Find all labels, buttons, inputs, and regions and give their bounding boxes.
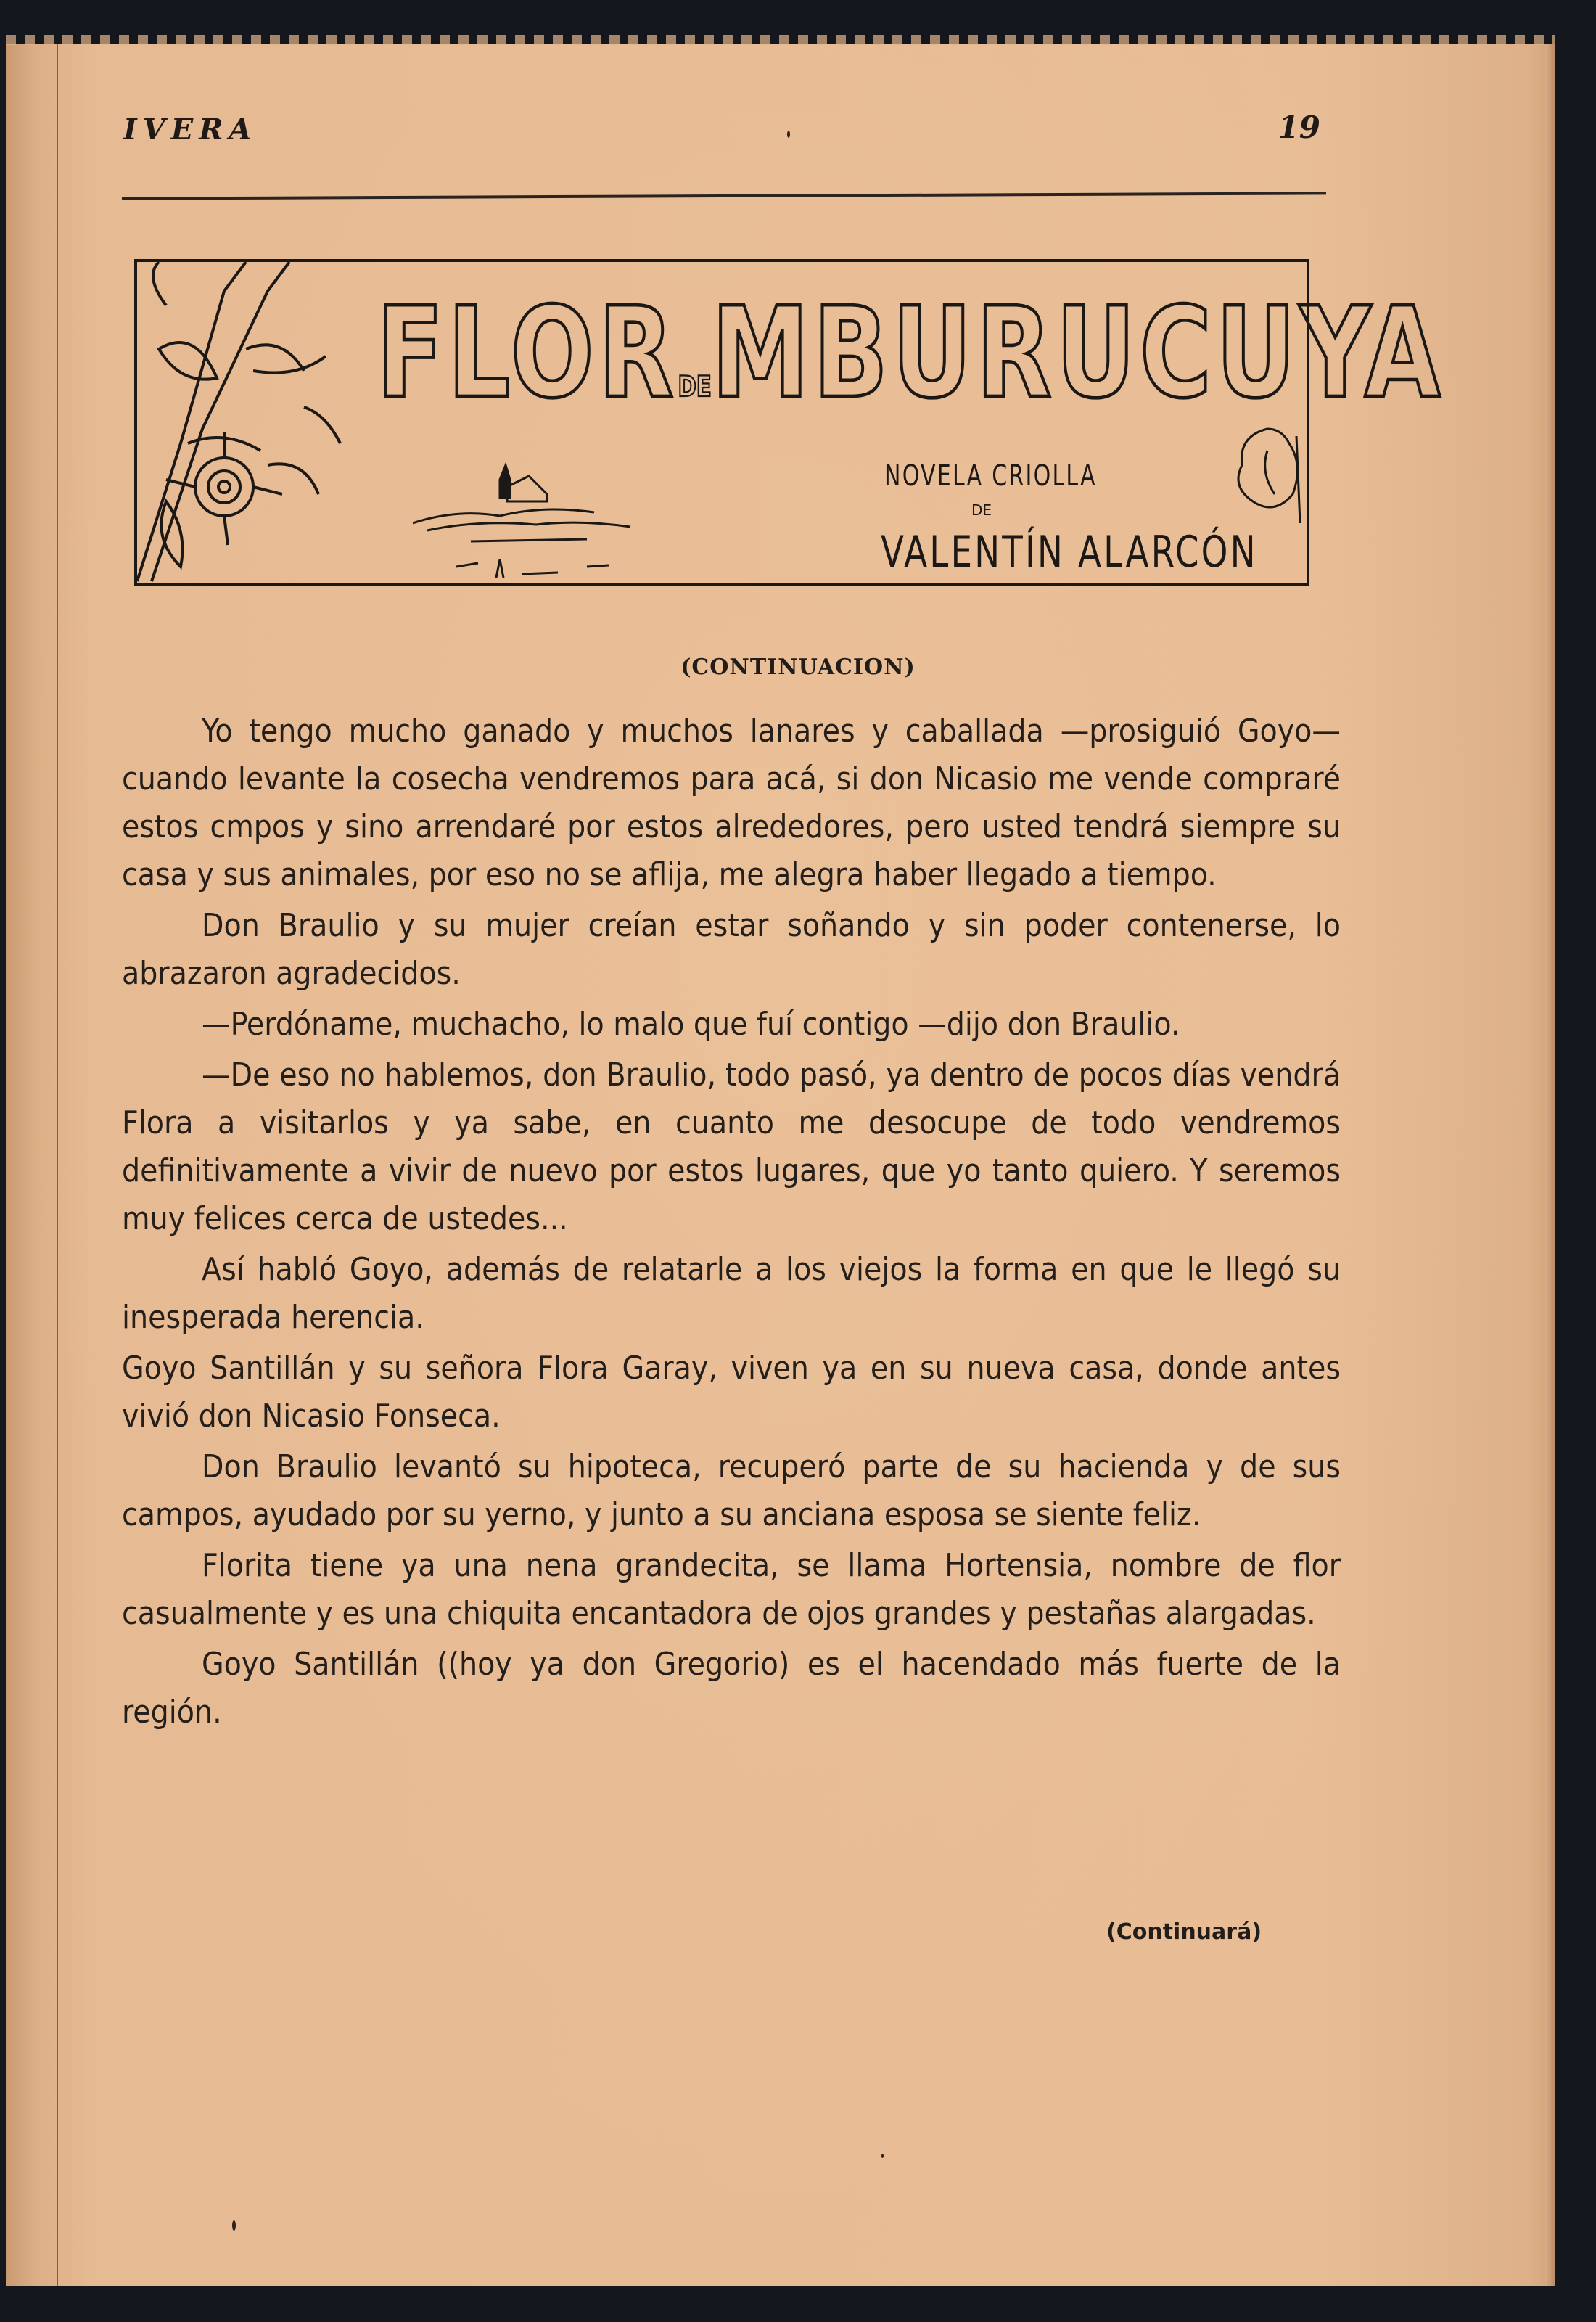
paragraph: Don Braulio y su mujer creían estar soña…: [122, 902, 1341, 998]
paragraph: —De eso no hablemos, don Braulio, todo p…: [122, 1051, 1341, 1243]
title-banner: FLORDEMBURUCUYA NOVELA CRIOLLA DE VALENT…: [134, 259, 1309, 586]
paragraph: Don Braulio levantó su hipoteca, recuper…: [122, 1443, 1341, 1539]
ink-speck: [881, 2154, 884, 2158]
running-title: IVERA: [123, 112, 258, 147]
banner-author: VALENTÍN ALARCÓN: [881, 527, 1258, 578]
title-word-mburucuya: MBURUCUYA: [712, 281, 1445, 426]
ink-speck: [787, 131, 790, 138]
body-text: Yo tengo mucho ganado y muchos lanares y…: [122, 707, 1341, 1739]
ranch-landscape-icon: [413, 458, 819, 581]
bush-illustration-icon: [1224, 422, 1304, 523]
ink-speck: [232, 2220, 236, 2231]
title-connector-de: DE: [678, 370, 711, 403]
continued-label: (Continuará): [1106, 1919, 1262, 1945]
running-head: IVERA 19: [123, 112, 1320, 163]
paragraph: Yo tengo mucho ganado y muchos lanares y…: [122, 707, 1341, 899]
title-word-flor: FLOR: [377, 281, 678, 426]
page-number: 19: [1278, 110, 1320, 145]
banner-title: FLORDEMBURUCUYA: [377, 291, 1298, 450]
paragraph: Goyo Santillán y su señora Flora Garay, …: [122, 1345, 1341, 1440]
section-label: (CONTINUACION): [0, 655, 1596, 680]
passion-flower-illustration-icon: [137, 262, 377, 583]
paragraph: Florita tiene ya una nena grandecita, se…: [122, 1542, 1341, 1638]
binding-gutter: [57, 44, 58, 2286]
banner-subtitle: NOVELA CRIOLLA: [884, 459, 1097, 493]
paragraph: Goyo Santillán ((hoy ya don Gregorio) es…: [122, 1641, 1341, 1736]
page-stack-edge: [1545, 44, 1555, 2286]
torn-top-edge: [6, 35, 1555, 45]
paragraph: Así habló Goyo, además de relatarle a lo…: [122, 1246, 1341, 1342]
paragraph: —Perdóname, muchacho, lo malo que fuí co…: [122, 1001, 1341, 1049]
banner-subtitle-de: DE: [971, 501, 992, 519]
